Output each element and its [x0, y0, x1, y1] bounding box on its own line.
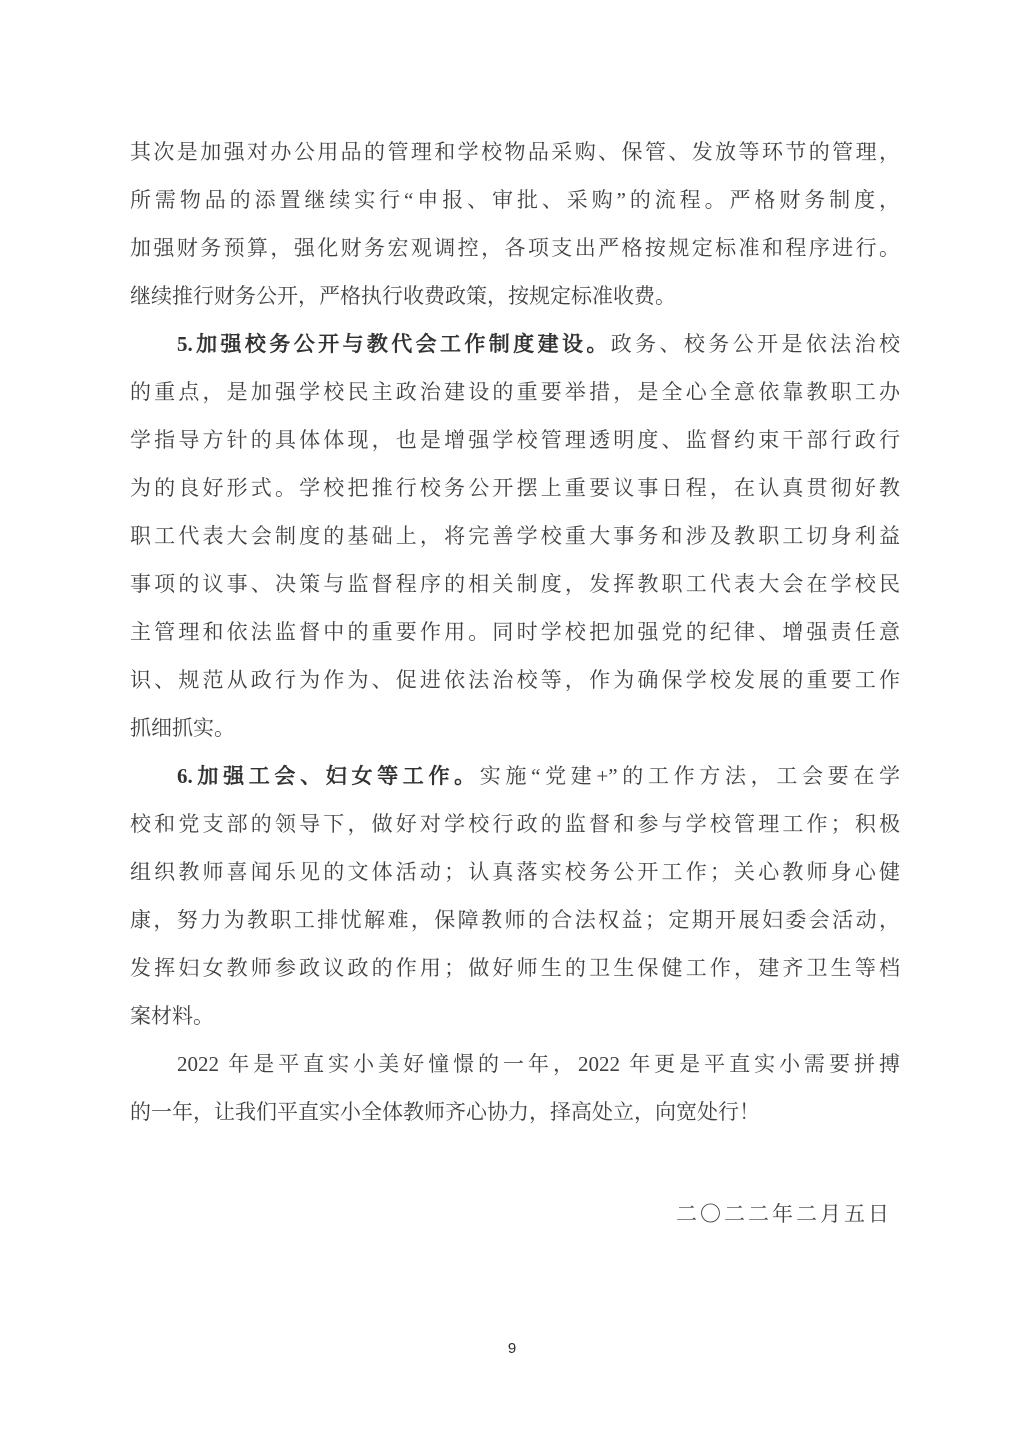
document-page: 其次是加强对办公用品的管理和学校物品采购、保管、发放等环节的管理， 所需物品的添… [0, 0, 1024, 1448]
text-line: 识、规范从政行为作为、促进依法治校等，作为确保学校发展的重要工作 [130, 656, 900, 704]
page-number: 9 [0, 1340, 1024, 1357]
text-line: 校和党支部的领导下，做好对学校行政的监督和参与学校管理工作；积极 [130, 800, 900, 848]
text-run: 政务、校务公开是依法治校 [611, 332, 900, 356]
text-line: 为的良好形式。学校把推行校务公开摆上重要议事日程，在认真贯彻好教 [130, 464, 900, 512]
text-line: 其次是加强对办公用品的管理和学校物品采购、保管、发放等环节的管理， [130, 128, 900, 176]
section-heading-5: 5.加强校务公开与教代会工作制度建设。 [177, 332, 611, 356]
text-line: 学指导方针的具体体现，也是增强学校管理透明度、监督约束干部行政行 [130, 416, 900, 464]
text-line: 2022 年是平直实小美好憧憬的一年，2022 年更是平直实小需要拼搏 [130, 1040, 900, 1088]
text-line: 职工代表大会制度的基础上，将完善学校重大事务和涉及教职工切身利益 [130, 512, 900, 560]
date-line: 二〇二二年二月五日 [130, 1190, 900, 1238]
text-line: 事项的议事、决策与监督程序的相关制度，发挥教职工代表大会在学校民 [130, 560, 900, 608]
text-line: 案材料。 [130, 992, 900, 1040]
text-line: 5.加强校务公开与教代会工作制度建设。政务、校务公开是依法治校 [130, 320, 900, 368]
text-line: 发挥妇女教师参政议政的作用；做好师生的卫生保健工作，建齐卫生等档 [130, 944, 900, 992]
text-line: 加强财务预算，强化财务宏观调控，各项支出严格按规定标准和程序进行。 [130, 224, 900, 272]
text-line: 主管理和依法监督中的重要作用。同时学校把加强党的纪律、增强责任意 [130, 608, 900, 656]
text-line: 继续推行财务公开，严格执行收费政策，按规定标准收费。 [130, 272, 900, 320]
text-line: 的重点，是加强学校民主政治建设的重要举措，是全心全意依靠教职工办 [130, 368, 900, 416]
document-body: 其次是加强对办公用品的管理和学校物品采购、保管、发放等环节的管理， 所需物品的添… [130, 128, 900, 1238]
text-line: 抓细抓实。 [130, 704, 900, 752]
text-line: 所需物品的添置继续实行“申报、审批、采购”的流程。严格财务制度， [130, 176, 900, 224]
text-line: 的一年，让我们平直实小全体教师齐心协力，择高处立，向宽处行！ [130, 1088, 900, 1136]
section-heading-6: 6.加强工会、妇女等工作。 [177, 764, 480, 788]
text-line: 6.加强工会、妇女等工作。实施“党建+”的工作方法，工会要在学 [130, 752, 900, 800]
text-line: 组织教师喜闻乐见的文体活动；认真落实校务公开工作；关心教师身心健 [130, 848, 900, 896]
text-line: 康，努力为教职工排忧解难，保障教师的合法权益；定期开展妇委会活动， [130, 896, 900, 944]
text-run: 实施“党建+”的工作方法，工会要在学 [480, 764, 900, 788]
